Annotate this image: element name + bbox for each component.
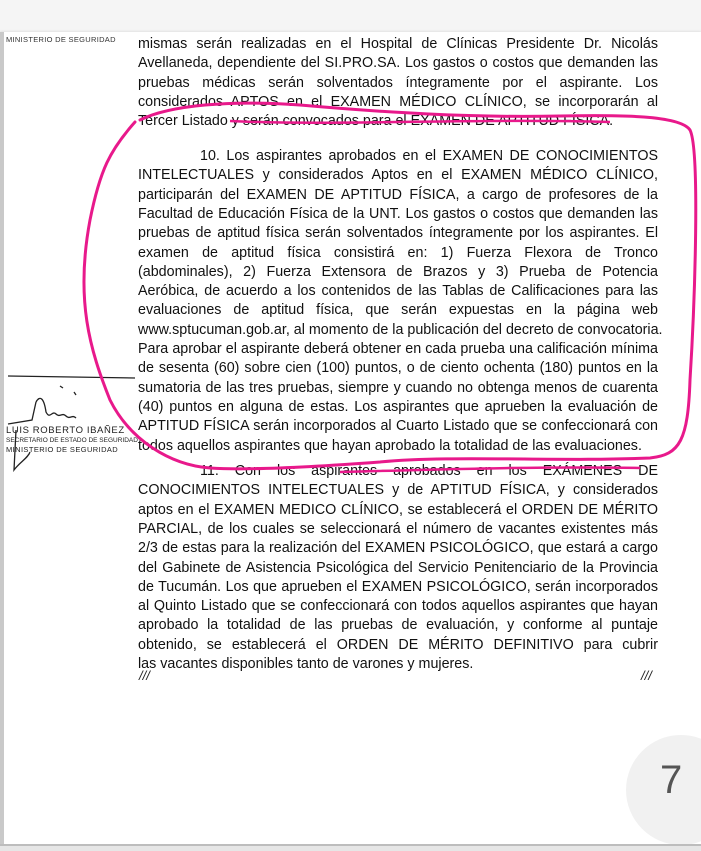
text-line: del Gabinete de Asistencia Psicológica d… <box>138 559 658 578</box>
text-line: Tercer Listado y serán convocados para e… <box>138 112 658 131</box>
text-line: obtenido, se establecerá el ORDEN DE MÉR… <box>138 636 658 655</box>
text-line: Avellaneda, dependiente del SI.PRO.SA. L… <box>138 54 658 73</box>
text-line: sumatoria de las tres pruebas, siempre y… <box>138 379 658 398</box>
text-line: evaluaciones de aptitud física, que será… <box>138 301 658 320</box>
text-line: Aeróbica, de acuerdo a los contenidos de… <box>138 282 658 301</box>
text-line: participarán del EXAMEN DE APTITUD FÍSIC… <box>138 186 658 205</box>
text-line: (abdominales), 2) Fuerza Extensora de Br… <box>138 263 658 282</box>
text-line: aprobado la totalidad de las pruebas de … <box>138 616 658 635</box>
text-line: 10. Los aspirantes aprobados en el EXAME… <box>138 147 658 166</box>
ministry-stamp: MINISTERIO DE SEGURIDAD <box>6 35 116 44</box>
page-bottom-edge <box>0 844 701 851</box>
text-line: pruebas médicas serán solventados íntegr… <box>138 74 658 93</box>
text-line: PARCIAL, de los cuales se seleccionará e… <box>138 520 658 539</box>
text-line: al Quinto Listado que se confeccionará c… <box>138 597 658 616</box>
text-line: 11. Con los aspirantes aprobados en los … <box>138 462 658 481</box>
text-line: APTITUD FÍSICA serán incorporados al Cua… <box>138 417 658 436</box>
signatory-name: LUIS ROBERTO IBAÑEZ <box>6 425 125 436</box>
page-number: 7 <box>660 758 682 803</box>
signatory-ministry: MINISTERIO DE SEGURIDAD <box>6 445 118 454</box>
text-line: www.sptucuman.gob.ar, al momento de la p… <box>138 321 658 340</box>
text-line: Para aprobar el aspirante deberá obtener… <box>138 340 658 359</box>
text-line: examen de aptitud física consistirá en: … <box>138 244 658 263</box>
text-line: 2/3 de estas para la realización del EXA… <box>138 539 658 558</box>
text-line: de sesenta (60) sobre cien (100) puntos,… <box>138 359 658 378</box>
continuation-mark-left: /// <box>139 668 150 683</box>
text-line: INTELECTUALES y considerados Aptos en el… <box>138 166 658 185</box>
signatory-role: SECRETARIO DE ESTADO DE SEGURIDAD <box>6 437 138 444</box>
text-line: (40) puntos en alguna de estas. Los aspi… <box>138 398 658 417</box>
text-line: las vacantes disponibles tanto de varone… <box>138 655 658 674</box>
continuation-mark-right: /// <box>641 668 652 683</box>
text-line: aptos en el EXAMEN MEDICO CLÍNICO, se es… <box>138 501 658 520</box>
text-line: considerados APTOS en el EXAMEN MÉDICO C… <box>138 93 658 112</box>
text-line: mismas serán realizadas en el Hospital d… <box>138 35 658 54</box>
text-line: todos aquellos aspirantes que hayan apro… <box>138 437 658 456</box>
text-line: pruebas de aptitud física serán solventa… <box>138 224 658 243</box>
text-line: CONOCIMIENTOS INTELECTUALES y de APTITUD… <box>138 481 658 500</box>
text-line: de Tucumán. Los que aprueben el EXAMEN P… <box>138 578 658 597</box>
text-line: Facultad de Educación Física de la UNT. … <box>138 205 658 224</box>
viewer-top-bar <box>0 0 701 32</box>
